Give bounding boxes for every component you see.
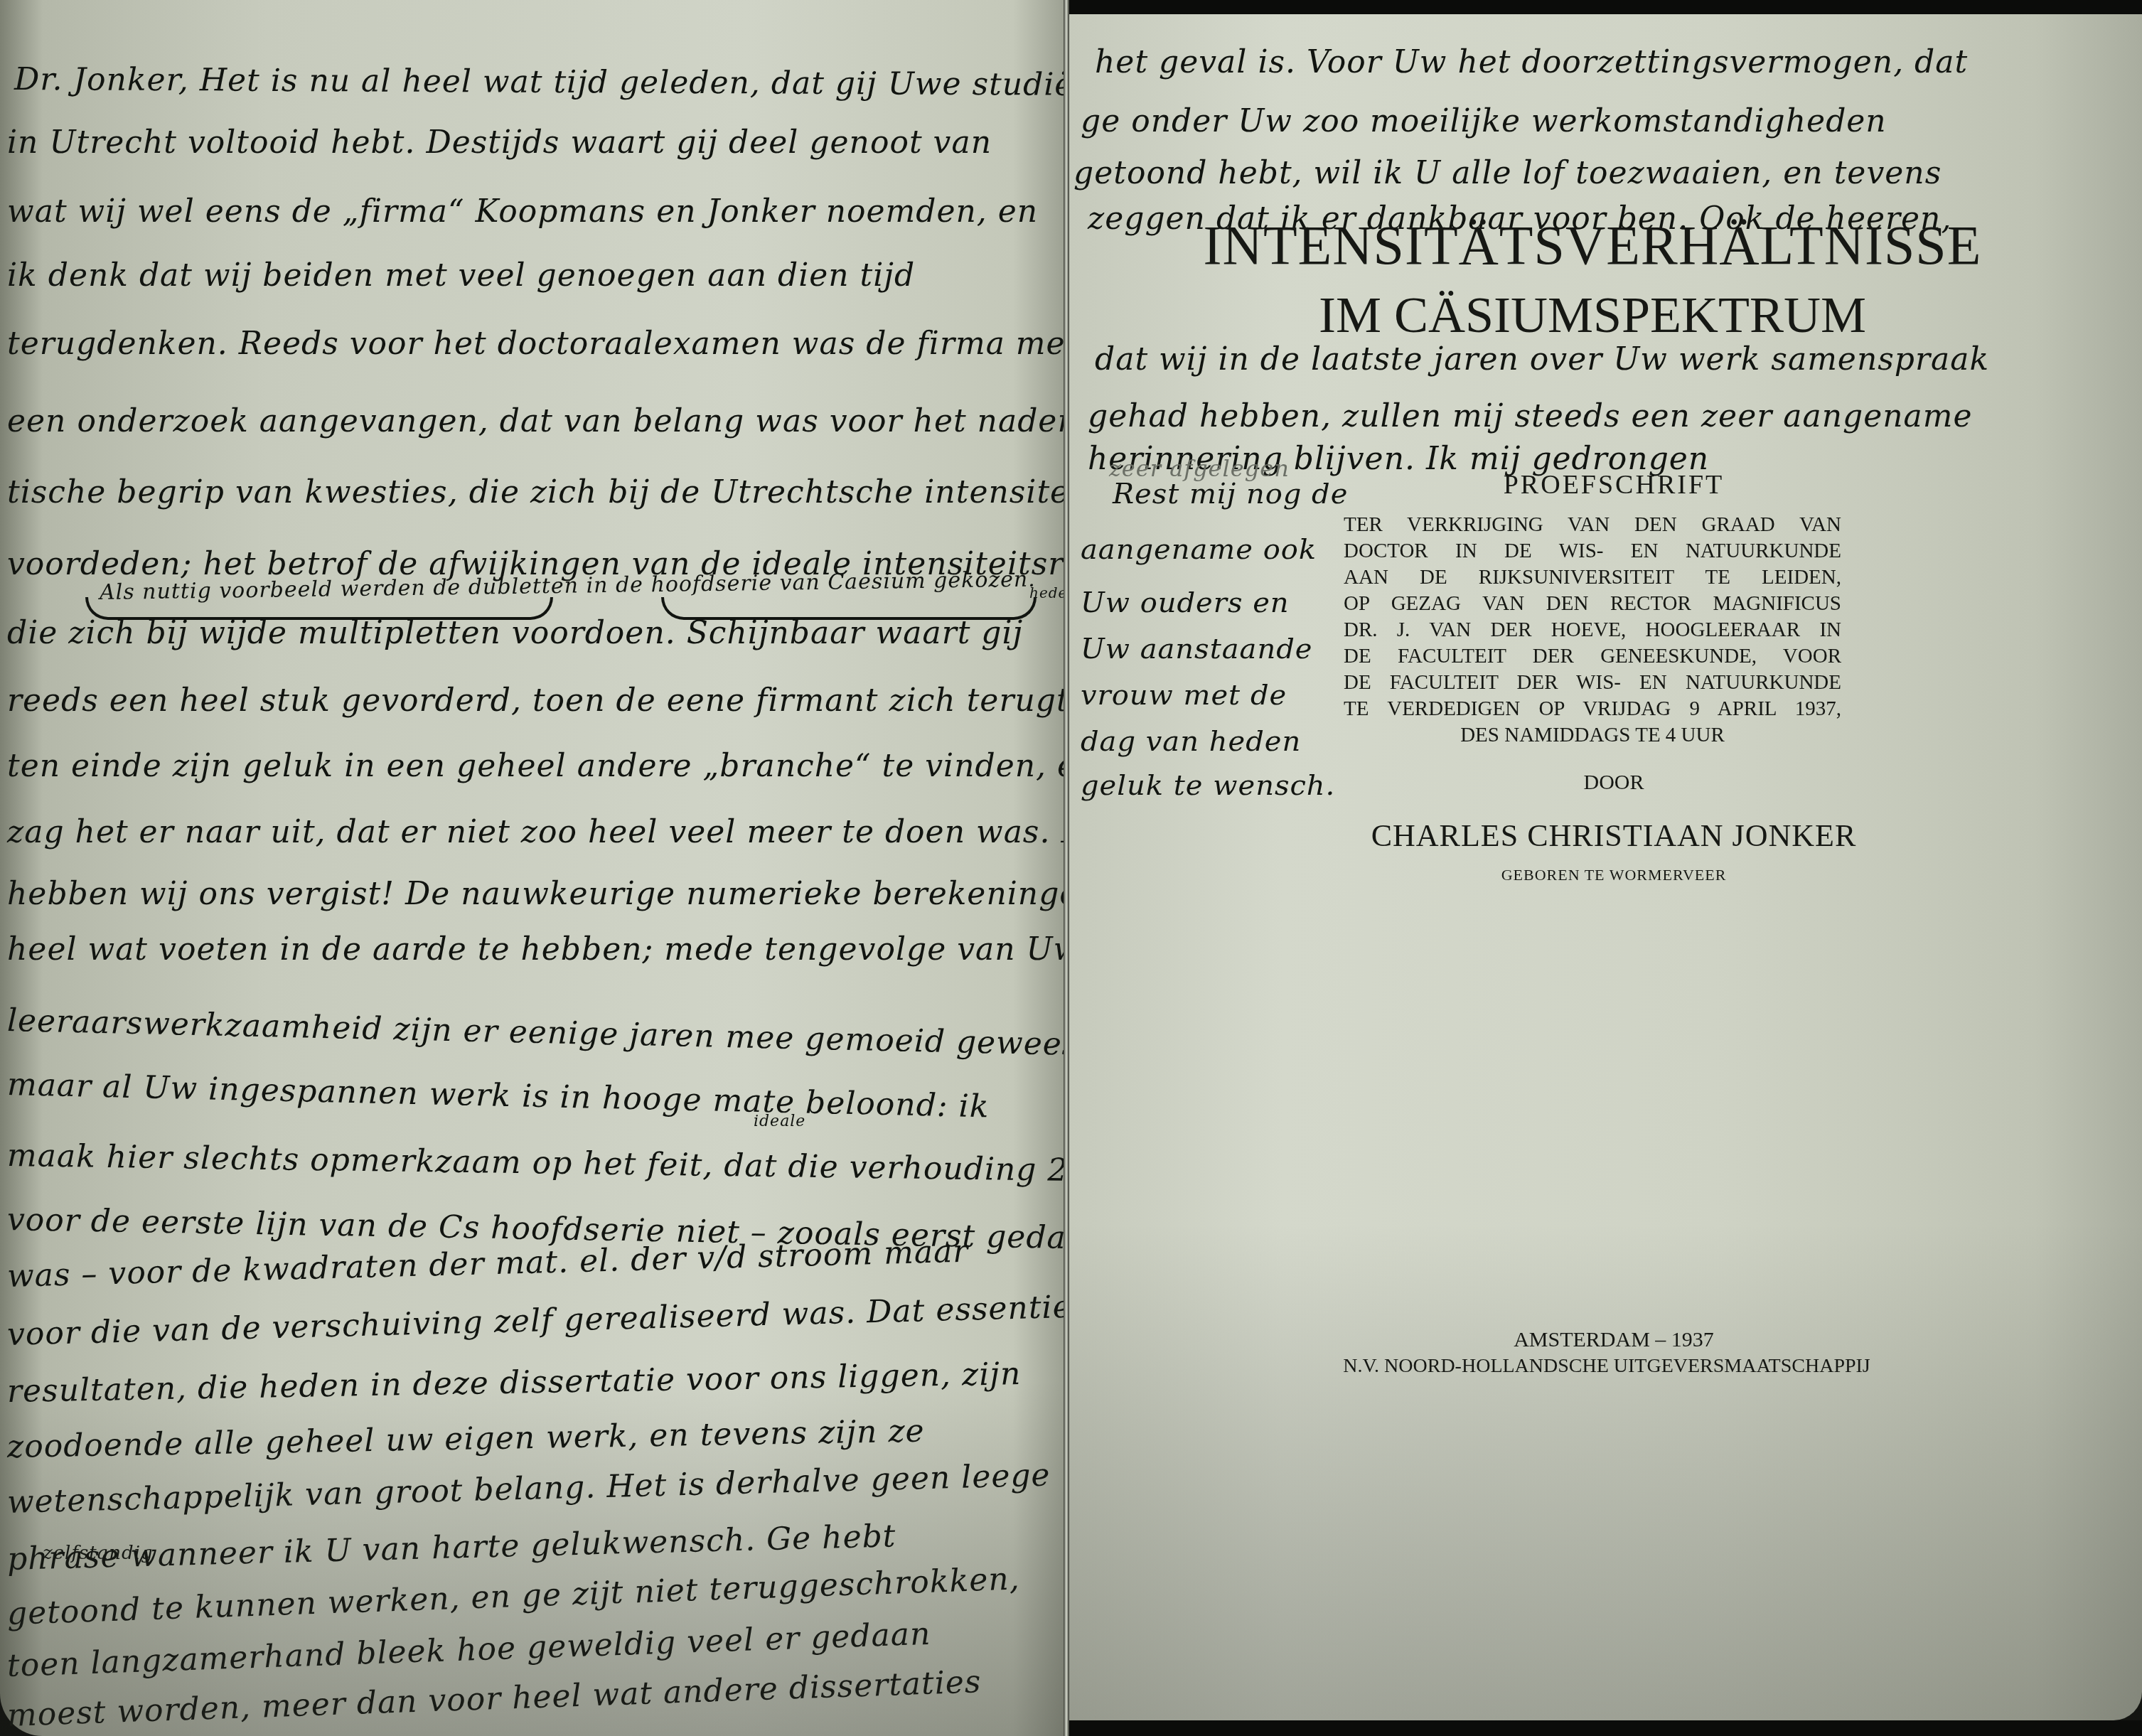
margin-handwritten-line: dag van heden [1081,725,1301,758]
margin-handwritten-line: vrouw met de [1081,679,1287,712]
handwritten-line: Dr. Jonker, Het is nu al heel wat tijd g… [14,61,1095,103]
handwritten-line: maar al Uw ingespannen werk is in hooge … [6,1066,990,1125]
interlinear-note: ideale [754,1113,805,1130]
handwritten-line: in Utrecht voltooid hebt. Destijds waart… [7,124,992,161]
margin-handwritten-line: geluk te wensch. [1081,769,1335,802]
handwritten-line: wetenschappelijk van groot belang. Het i… [6,1457,1051,1521]
handwritten-line: dat wij in de laatste jaren over Uw werk… [1095,341,1989,377]
handwritten-line: zag het er naar uit, dat er niet zoo hee… [7,814,1128,850]
author-name: CHARLES CHRISTIAAN JONKER [1337,818,1891,854]
degree-line: OP GEZAG VAN DEN RECTOR MAGNIFICUS [1344,591,1841,617]
door-label: DOOR [1450,771,1777,795]
imprint-city-year: AMSTERDAM – 1937 [1450,1328,1777,1352]
dissertation-title-line2: IM CÄSIUMSPEKTRUM [1180,286,2005,345]
proefschrift-heading: PROEFSCHRIFT [1464,469,1763,500]
degree-line: DE FACULTEIT DER GENEESKUNDE, VOOR [1344,643,1841,670]
margin-handwritten-line: Uw aanstaande [1081,633,1312,665]
degree-statement: TER VERKRIJGING VAN DEN GRAAD VAN DOCTOR… [1344,512,1841,749]
handwritten-line: het geval is. Voor Uw het doorzettingsve… [1095,44,1968,80]
interlinear-note: zelfstandig [43,1543,154,1564]
handwritten-line: hebben wij ons vergist! De nauwkeurige n… [7,876,1221,912]
margin-handwritten-line: aangename ook [1081,533,1317,566]
handwritten-line: gehad hebben, zullen mij steeds een zeer… [1088,398,1973,434]
author-birthplace: GEBOREN TE WORMERVEER [1443,866,1784,884]
handwritten-line: die zich bij wijde multipletten voordoen… [7,615,1023,651]
handwritten-line: een onderzoek aangevangen, dat van belan… [7,403,1222,439]
handwritten-line: voor die van de verschuiving zelf gereal… [6,1287,1121,1353]
degree-line: TER VERKRIJGING VAN DEN GRAAD VAN [1344,512,1841,538]
book-spine [1064,0,1069,1736]
left-page: Dr. Jonker, Het is nu al heel wat tijd g… [0,0,1066,1736]
handwritten-line: maak hier slechts opmerkzaam op het feit… [7,1137,1069,1189]
degree-line: DR. J. VAN DER HOEVE, HOOGLEERAAR IN [1344,617,1841,643]
degree-line: AAN DE RIJKSUNIVERSITEIT TE LEIDEN, [1344,564,1841,591]
imprint-publisher: N.V. NOORD-HOLLANDSCHE UITGEVERSMAATSCHA… [1251,1355,1962,1378]
dissertation-title-line1: INTENSITÄTSVERHÄLTNISSE [1180,213,2005,277]
degree-line: DE FACULTEIT DER WIS- EN NATUURKUNDE [1344,670,1841,696]
handwritten-line: leeraarswerkzaamheid zijn er eenige jare… [6,1002,1103,1063]
degree-line: DOCTOR IN DE WIS- EN NATUURKUNDE [1344,538,1841,564]
margin-handwritten-line: Rest mij nog de [1113,478,1348,510]
handwritten-line: heel wat voeten in de aarde te hebben; m… [7,931,1081,968]
handwritten-line: resultaten, die heden in deze dissertati… [7,1356,1022,1410]
handwritten-line: reeds een heel stuk gevorderd, toen de e… [7,682,1135,719]
handwritten-line: terugdenken. Reeds voor het doctoraalexa… [7,326,1078,362]
handwritten-line: ge onder Uw zoo moeilijke werkomstandigh… [1081,103,1887,139]
handwritten-line: wat wij wel eens de „firma“ Koopmans en … [7,193,1038,230]
handwritten-line: ten einde zijn geluk in een geheel ander… [7,748,1097,784]
handwritten-line: ik denk dat wij beiden met veel genoegen… [7,257,915,294]
handwritten-line: zoodoende alle geheel uw eigen werk, en … [7,1413,925,1465]
margin-handwritten-line: Uw ouders en [1081,586,1290,619]
degree-line: DES NAMIDDAGS TE 4 UUR [1344,722,1841,749]
degree-line: TE VERDEDIGEN OP VRIJDAG 9 APRIL 1937, [1344,696,1841,722]
handwritten-line: getoond hebt, wil ik U alle lof toezwaai… [1073,155,1942,191]
